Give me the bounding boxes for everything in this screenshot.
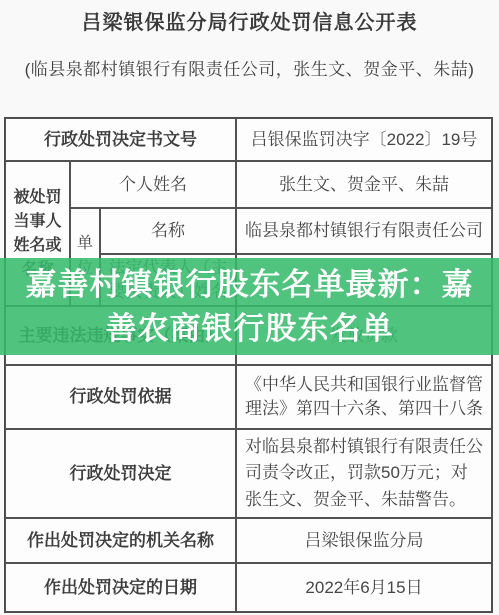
- penalty-basis-label: 行政处罚依据: [5, 365, 236, 429]
- penalty-info-table: 行政处罚决定书文号 吕银保监罚决字〔2022〕19号 被处罚当事人姓名或名称 个…: [4, 117, 493, 613]
- page-subtitle: (临县泉都村镇银行有限责任公司，张生文、贺金平、朱喆): [0, 55, 499, 80]
- org-name-label: 名称: [100, 208, 236, 254]
- penalty-basis-value: 《中华人民共和国银行业监督管理法》第四十六条、第四十八条: [236, 365, 492, 429]
- penalty-disclosure-page: 吕梁银保监分局行政处罚信息公开表 (临县泉都村镇银行有限责任公司，张生文、贺金平…: [0, 0, 499, 615]
- penalty-decision-value: 对临县泉都村镇银行有限责任公司责令改正，罚款50万元；对张生文、贺金平、朱喆警告…: [236, 429, 492, 518]
- deciding-authority-label: 作出处罚决定的机关名称: [5, 518, 236, 563]
- deciding-authority-value: 吕梁银保监分局: [236, 518, 492, 563]
- doc-number-label: 行政处罚决定书文号: [5, 118, 236, 161]
- decision-date-value: 2022年6月15日: [236, 563, 492, 612]
- page-title: 吕梁银保监分局行政处罚信息公开表: [0, 6, 499, 35]
- promo-overlay-text: 嘉善村镇银行股东名单最新：嘉 善农商银行股东名单: [18, 263, 482, 350]
- person-name-label: 个人姓名: [70, 161, 236, 208]
- doc-number-value: 吕银保监罚决字〔2022〕19号: [236, 118, 492, 161]
- org-name-value: 临县泉都村镇银行有限责任公司: [236, 208, 492, 254]
- penalty-decision-label: 行政处罚决定: [5, 429, 236, 518]
- person-name-value: 张生文、贺金平、朱喆: [236, 161, 492, 208]
- green-promo-overlay: 嘉善村镇银行股东名单最新：嘉 善农商银行股东名单: [0, 258, 499, 355]
- decision-date-label: 作出处罚决定的日期: [5, 563, 236, 612]
